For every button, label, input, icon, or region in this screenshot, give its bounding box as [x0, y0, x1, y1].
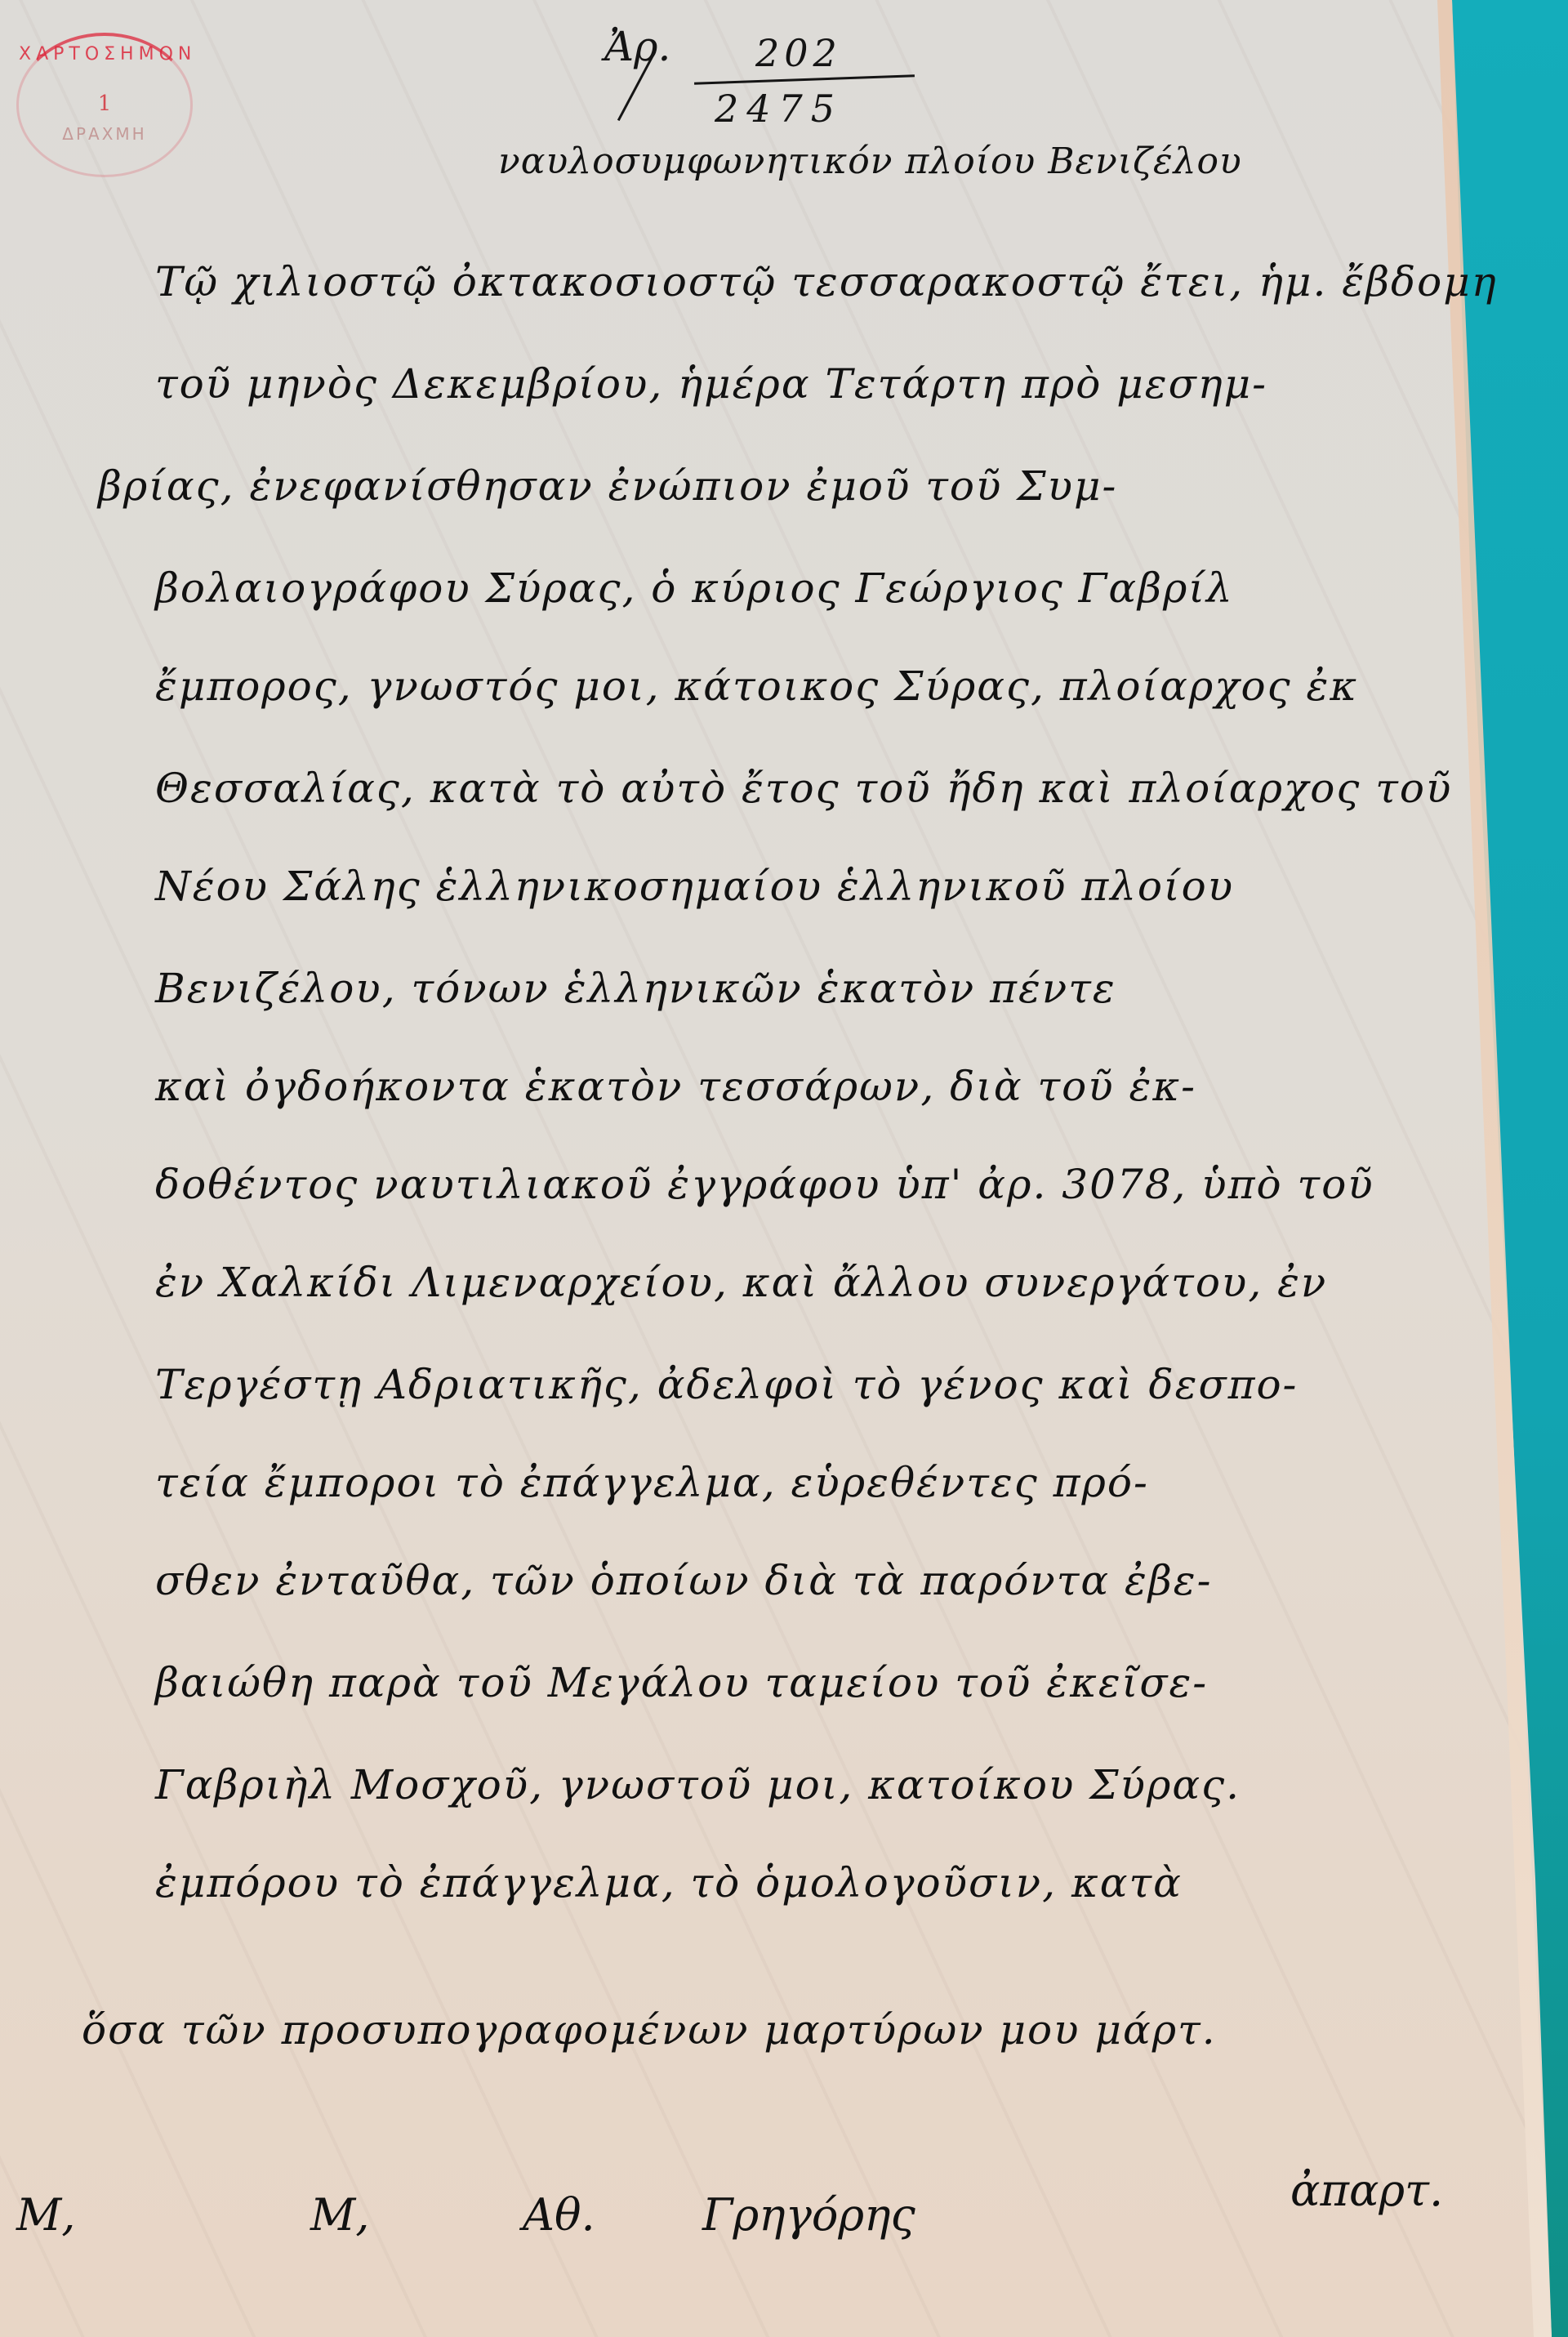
body-line: ὅσα τῶν προσυπογραφομένων μαρτύρων μου μ… [82, 2009, 1217, 2050]
signature-mark: Μ, [16, 2189, 75, 2241]
stamp-denomination: ΔΡΑΧΜΗ [19, 124, 190, 144]
body-line: ἐν Χαλκίδι Λιμεναρχείου, καὶ ἄλλου συνερ… [155, 1262, 1327, 1303]
body-line: σθεν ἐνταῦθα, τῶν ὁποίων διὰ τὰ παρόντα … [155, 1560, 1213, 1601]
body-line: βρίας, ἐνεφανίσθησαν ἐνώπιον ἐμοῦ τοῦ Συ… [98, 466, 1117, 506]
document-heading: ναυλοσυμφωνητικόν πλοίου Βενιζέλου [498, 140, 1429, 182]
closing-mark: ἀπαρτ. [1290, 2165, 1443, 2216]
body-line: ἔμπορος, γνωστός μοι, κάτοικος Σύρας, πλ… [155, 666, 1358, 707]
body-line: τοῦ μηνὸς Δεκεμβρίου, ἡμέρα Τετάρτη πρὸ … [155, 363, 1267, 404]
body-line: Νέου Σάλης ἑλληνικοσημαίου ἑλληνικοῦ πλο… [155, 866, 1234, 907]
body-line: Θεσσαλίας, κατὰ τὸ αὐτὸ ἔτος τοῦ ἤδη καὶ… [155, 768, 1452, 809]
revenue-stamp: ΧΑΡΤΟΣΗΜΟΝ 1 ΔΡΑΧΜΗ [16, 33, 193, 177]
body-line: βολαιογράφου Σύρας, ὁ κύριος Γεώργιος Γα… [155, 568, 1234, 609]
body-line: ἐμπόρου τὸ ἐπάγγελμα, τὸ ὁμολογοῦσιν, κα… [155, 1862, 1183, 1903]
signature-mark: Μ, [310, 2189, 369, 2241]
body-line: καὶ ὀγδοήκοντα ἑκατὸν τεσσάρων, διὰ τοῦ … [155, 1066, 1196, 1107]
reference-denominator: 2475 [715, 87, 843, 131]
reference-numerator: 202 [755, 31, 842, 75]
stamp-arc-text: ΧΑΡΤΟΣΗΜΟΝ [19, 44, 190, 65]
body-line: Τεργέστῃ Αδριατικῆς, ἀδελφοὶ τὸ γένος κα… [155, 1364, 1298, 1405]
signature-mark: Αθ. [523, 2189, 595, 2241]
body-line: τεία ἔμποροι τὸ ἐπάγγελμα, εὑρεθέντες πρ… [155, 1462, 1149, 1503]
body-line: Βενιζέλου, τόνων ἑλληνικῶν ἑκατὸν πέντε [155, 968, 1116, 1009]
body-line: Γαβριὴλ Μοσχοῦ, γνωστοῦ μοι, κατοίκου Σύ… [155, 1764, 1241, 1805]
signature-name: Γρηγόρης [702, 2189, 915, 2241]
body-line: βαιώθη παρὰ τοῦ Μεγάλου ταμείου τοῦ ἐκεῖ… [155, 1662, 1208, 1703]
reference-prefix: Ἀρ. [604, 23, 670, 70]
body-line: δοθέντος ναυτιλιακοῦ ἐγγράφου ὑπ' ἀρ. 30… [155, 1164, 1374, 1205]
body-line: Τῷ χιλιοστῷ ὀκτακοσιοστῷ τεσσαρακοστῷ ἔτ… [155, 261, 1498, 302]
stamp-value: 1 [19, 91, 190, 116]
